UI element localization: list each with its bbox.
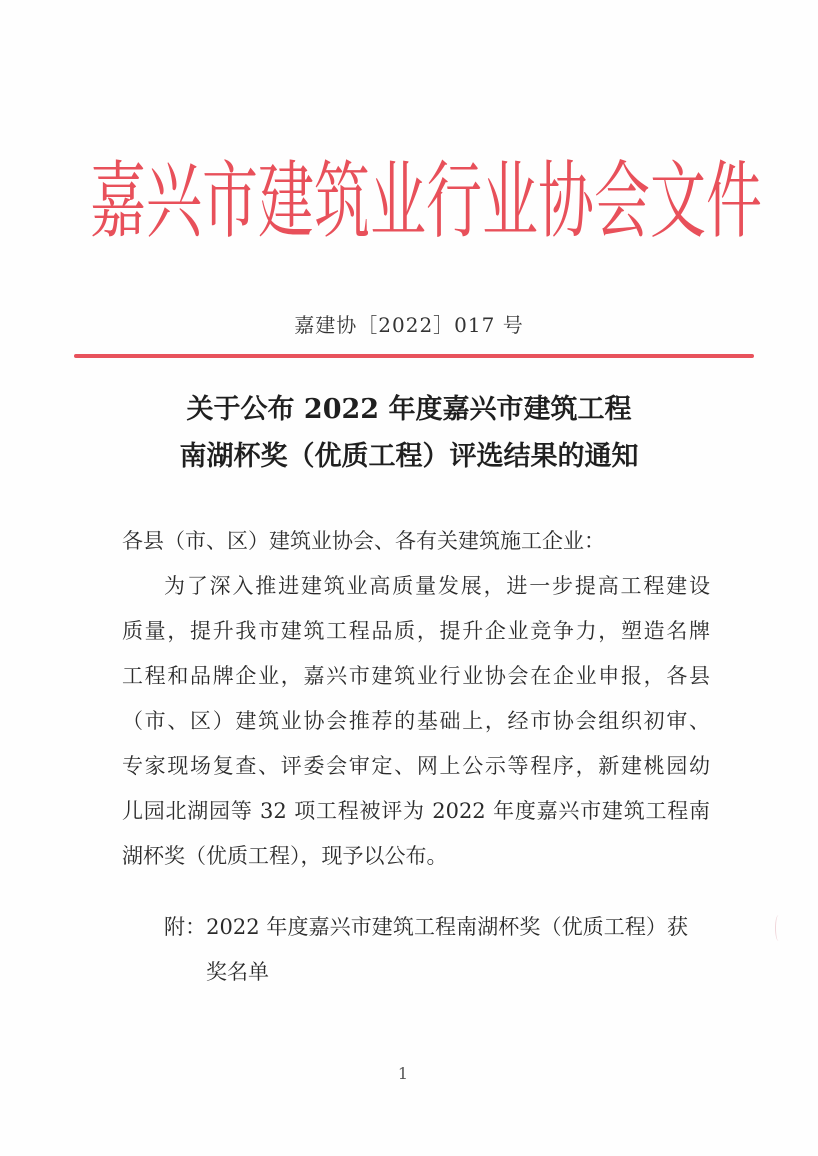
salutation: 各县（市、区）建筑业协会、各有关建筑施工企业：	[122, 526, 710, 556]
attachment-line-1: 附：2022 年度嘉兴市建筑工程南湖杯奖（优质工程）获	[164, 912, 688, 942]
scan-artifact-mark	[775, 915, 782, 941]
body-line: 湖杯奖（优质工程），现予以公布。	[122, 841, 710, 871]
document-number: 嘉建协［2022］017 号	[0, 311, 818, 339]
body-line: 工程和品牌企业，嘉兴市建筑业行业协会在企业申报，各县	[122, 661, 710, 691]
body-line: 儿园北湖园等 32 项工程被评为 2022 年度嘉兴市建筑工程南	[122, 796, 710, 826]
organization-header-title: 嘉兴市建筑业行业协会文件	[90, 136, 744, 271]
body-line: （市、区）建筑业协会推荐的基础上，经市协会组织初审、	[122, 706, 710, 736]
body-line: 专家现场复查、评委会审定、网上公示等程序，新建桃园幼	[122, 751, 710, 781]
body-line: 质量，提升我市建筑工程品质，提升企业竞争力，塑造名牌	[122, 616, 710, 646]
notice-title-line-2: 南湖杯奖（优质工程）评选结果的通知	[0, 439, 818, 475]
notice-title-line-1: 关于公布 2022 年度嘉兴市建筑工程	[0, 392, 818, 428]
red-divider-rule	[74, 354, 754, 358]
attachment-line-2: 奖名单	[206, 957, 406, 987]
document-page: 嘉兴市建筑业行业协会文件 嘉建协［2022］017 号 关于公布 2022 年度…	[0, 0, 818, 1156]
page-number: 1	[396, 1064, 410, 1083]
body-line: 为了深入推进建筑业高质量发展，进一步提高工程建设	[164, 571, 710, 601]
